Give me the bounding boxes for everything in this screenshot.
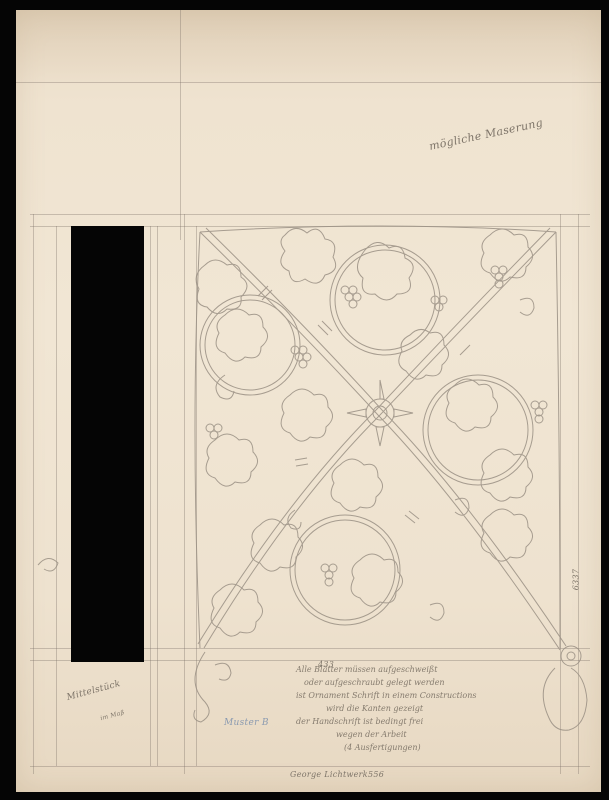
right-margin-number: 6337	[571, 569, 580, 591]
bottom-number: 556	[368, 770, 384, 779]
note-line-2: oder aufgeschraubt gelegt werden	[296, 676, 486, 689]
muster-b-label: Muster B	[224, 718, 269, 728]
note-line-7: (4 Ausfertigungen)	[296, 741, 486, 754]
note-line-3: ist Ornament Schrift in einem Constructi…	[296, 689, 486, 702]
note-line-1: Alle Blätter müssen aufgeschweißt	[296, 663, 486, 676]
note-line-6: wegen der Arbeit	[296, 728, 486, 741]
bottom-signature: George Lichtwerk	[290, 770, 368, 779]
construction-notes: Alle Blätter müssen aufgeschweißt oder a…	[296, 663, 486, 754]
note-line-4: wird die Kanten gezeigt	[296, 702, 486, 715]
note-line-5: der Handschrift ist bedingt frei	[296, 715, 486, 728]
